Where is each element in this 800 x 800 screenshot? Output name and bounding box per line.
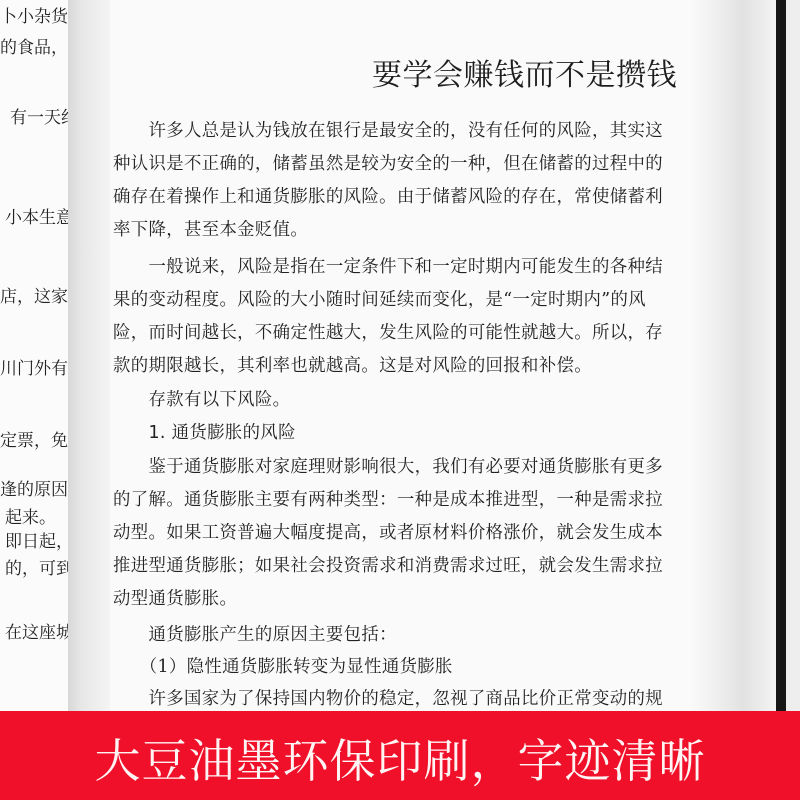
left-page-line: 卜小杂货店， [0,2,75,27]
left-page-line: 有一天约定 [10,103,75,128]
body-line: 动型。如果工资普遍大幅度提高，或者原材料价格涨价，就会发生成本 [113,518,663,543]
book-cover-edge [776,0,786,712]
body-line: 通货膨胀产生的原因主要包括： [113,620,397,645]
left-page-line: 的食品，一年 [0,33,75,58]
left-page-line: 在这座城 [5,618,73,643]
right-page: 要学会赚钱而不是攒钱 许多人总是认为钱放在银行是最安全的，没有任何的风险，其实这… [110,0,692,712]
left-page-line: 店，这家店 [0,282,75,307]
left-page-line: 逢的原因了 [0,475,75,500]
promo-banner: 大豆油墨环保印刷，字迹清晰 [0,711,800,800]
left-page-line: 的，可到 [5,554,73,579]
left-page-line: 川门外有一 [0,354,75,379]
body-line: 许多国家为了保持国内物价的稳定，忽视了商品比价正常变动的规 [113,684,663,709]
body-line: 一般说来，风险是指在一定条件下和一定时期内可能发生的各种结 [113,252,663,277]
body-line: 的了解。通货膨胀主要有两种类型：一种是成本推进型，一种是需求拉 [113,485,663,510]
left-page-line: 定票，免费 [0,426,75,451]
page-edge-shadow [690,0,778,712]
subsection-heading: （1）隐性通货膨胀转变为显性通货膨胀 [113,652,453,677]
left-page-line: 起来。 [5,503,56,528]
body-line: 率下降，甚至本金贬值。 [113,215,308,240]
chapter-title: 要学会赚钱而不是攒钱 [372,50,677,94]
left-page: 卜小杂货店， 的食品，一年 有一天约定 小本生意也 店，这家店 川门外有一 定票… [0,0,75,712]
body-line: 许多人总是认为钱放在银行是最安全的，没有任何的风险，其实这 [113,116,663,141]
body-line: 种认识是不正确的，储蓄虽然是较为安全的一种，但在储蓄的过程中的 [113,149,663,174]
body-line: 款的期限越长，其利率也就越高。这是对风险的回报和补偿。 [113,351,592,376]
body-line: 果的变动程度。风险的大小随时间延续而变化，是“一定时期内”的风 [113,285,646,310]
section-heading: 1. 通货膨胀的风险 [113,418,296,443]
body-line: 鉴于通货膨胀对家庭理财影响很大，我们有必要对通货膨胀有更多 [113,452,663,477]
body-line: 险，而时间越长，不确定性越大，发生风险的可能性就越大。所以，存 [113,318,663,343]
body-line: 存款有以下风险。 [113,385,290,410]
left-page-line: 小本生意也 [5,203,75,228]
background-strip [786,0,800,712]
body-line: 动型通货膨胀。 [113,584,237,609]
promo-banner-text: 大豆油墨环保印刷，字迹清晰 [0,725,800,791]
body-line: 确存在着操作上和通货膨胀的风险。由于储蓄风险的存在，常使储蓄利 [113,182,663,207]
body-line: 推进型通货膨胀；如果社会投资需求和消费需求过旺，就会发生需求拉 [113,551,663,576]
left-page-line: 即日起， [5,527,73,552]
